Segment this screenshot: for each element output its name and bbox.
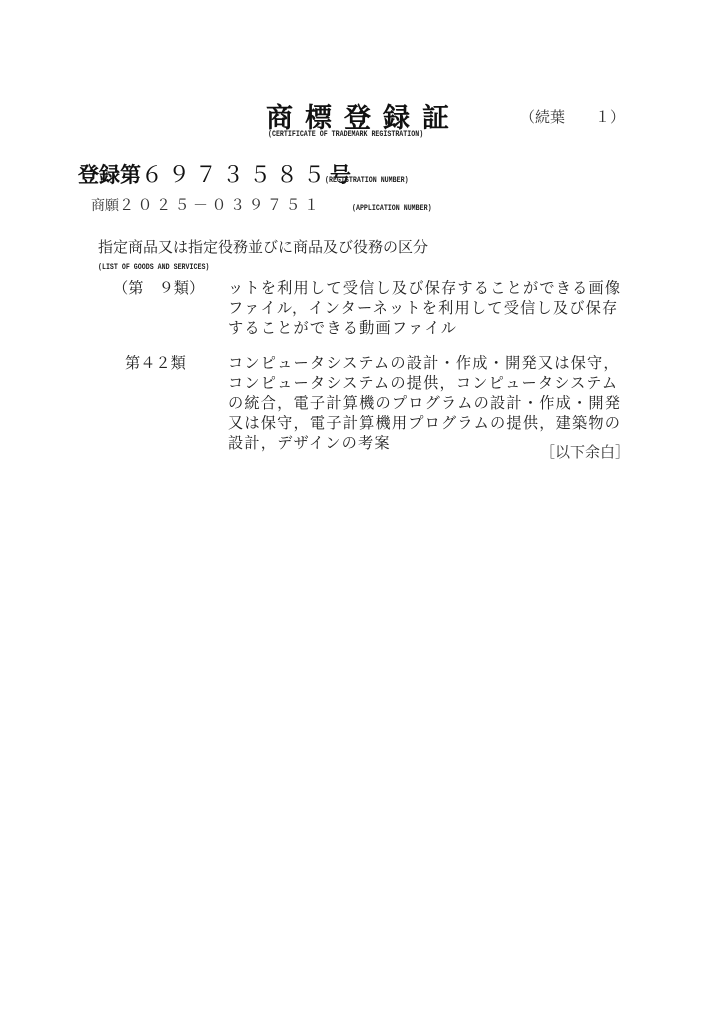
registration-number-label-english: (REGISTRATION NUMBER) bbox=[325, 175, 409, 185]
application-prefix: 商願 bbox=[91, 198, 119, 214]
class-description-line: することができる動画ファイル bbox=[228, 318, 633, 338]
class-label: 第４２類 bbox=[113, 353, 228, 453]
continuation-sheet-number: （続葉 １） bbox=[520, 106, 625, 127]
class-description-line: コンピュータシステムの提供，コンピュータシステム bbox=[228, 373, 633, 393]
class-label: （第 ９類） bbox=[113, 278, 228, 338]
goods-services-heading-english: (LIST OF GOODS AND SERVICES) bbox=[98, 262, 209, 272]
class-description-line: ファイル，インターネットを利用して受信し及び保存 bbox=[228, 298, 633, 318]
goods-services-heading: 指定商品又は指定役務並びに商品及び役務の区分 bbox=[98, 236, 428, 257]
application-number-label-english: (APPLICATION NUMBER) bbox=[352, 203, 432, 213]
registration-prefix: 登録第 bbox=[78, 163, 141, 187]
class-description-line: コンピュータシステムの設計・作成・開発又は保守， bbox=[228, 353, 633, 373]
class-description: ットを利用して受信し及び保存することができる画像 ファイル，インターネットを利用… bbox=[228, 278, 633, 338]
registration-number: ６９７３５８５ bbox=[141, 163, 330, 188]
registration-number-line: 登録第６９７３５８５号 bbox=[78, 158, 351, 189]
class-description-line: の統合，電子計算機のプログラムの設計・作成・開発 bbox=[228, 393, 633, 413]
application-number: ２０２５－０３９７５１ bbox=[119, 196, 323, 214]
class-description-line: ットを利用して受信し及び保存することができる画像 bbox=[228, 278, 633, 298]
class-description-line: 又は保守，電子計算機用プログラムの提供，建築物の bbox=[228, 413, 633, 433]
class-description: コンピュータシステムの設計・作成・開発又は保守， コンピュータシステムの提供，コ… bbox=[228, 353, 633, 453]
end-of-list-mark: ［以下余白］ bbox=[540, 441, 630, 462]
application-number-line: 商願２０２５－０３９７５１ bbox=[91, 194, 323, 215]
class-entry-42: 第４２類 コンピュータシステムの設計・作成・開発又は保守， コンピュータシステム… bbox=[113, 353, 633, 453]
class-entry-9: （第 ９類） ットを利用して受信し及び保存することができる画像 ファイル，インタ… bbox=[113, 278, 633, 338]
certificate-title-english: (CERTIFICATE OF TRADEMARK REGISTRATION) bbox=[268, 129, 423, 139]
